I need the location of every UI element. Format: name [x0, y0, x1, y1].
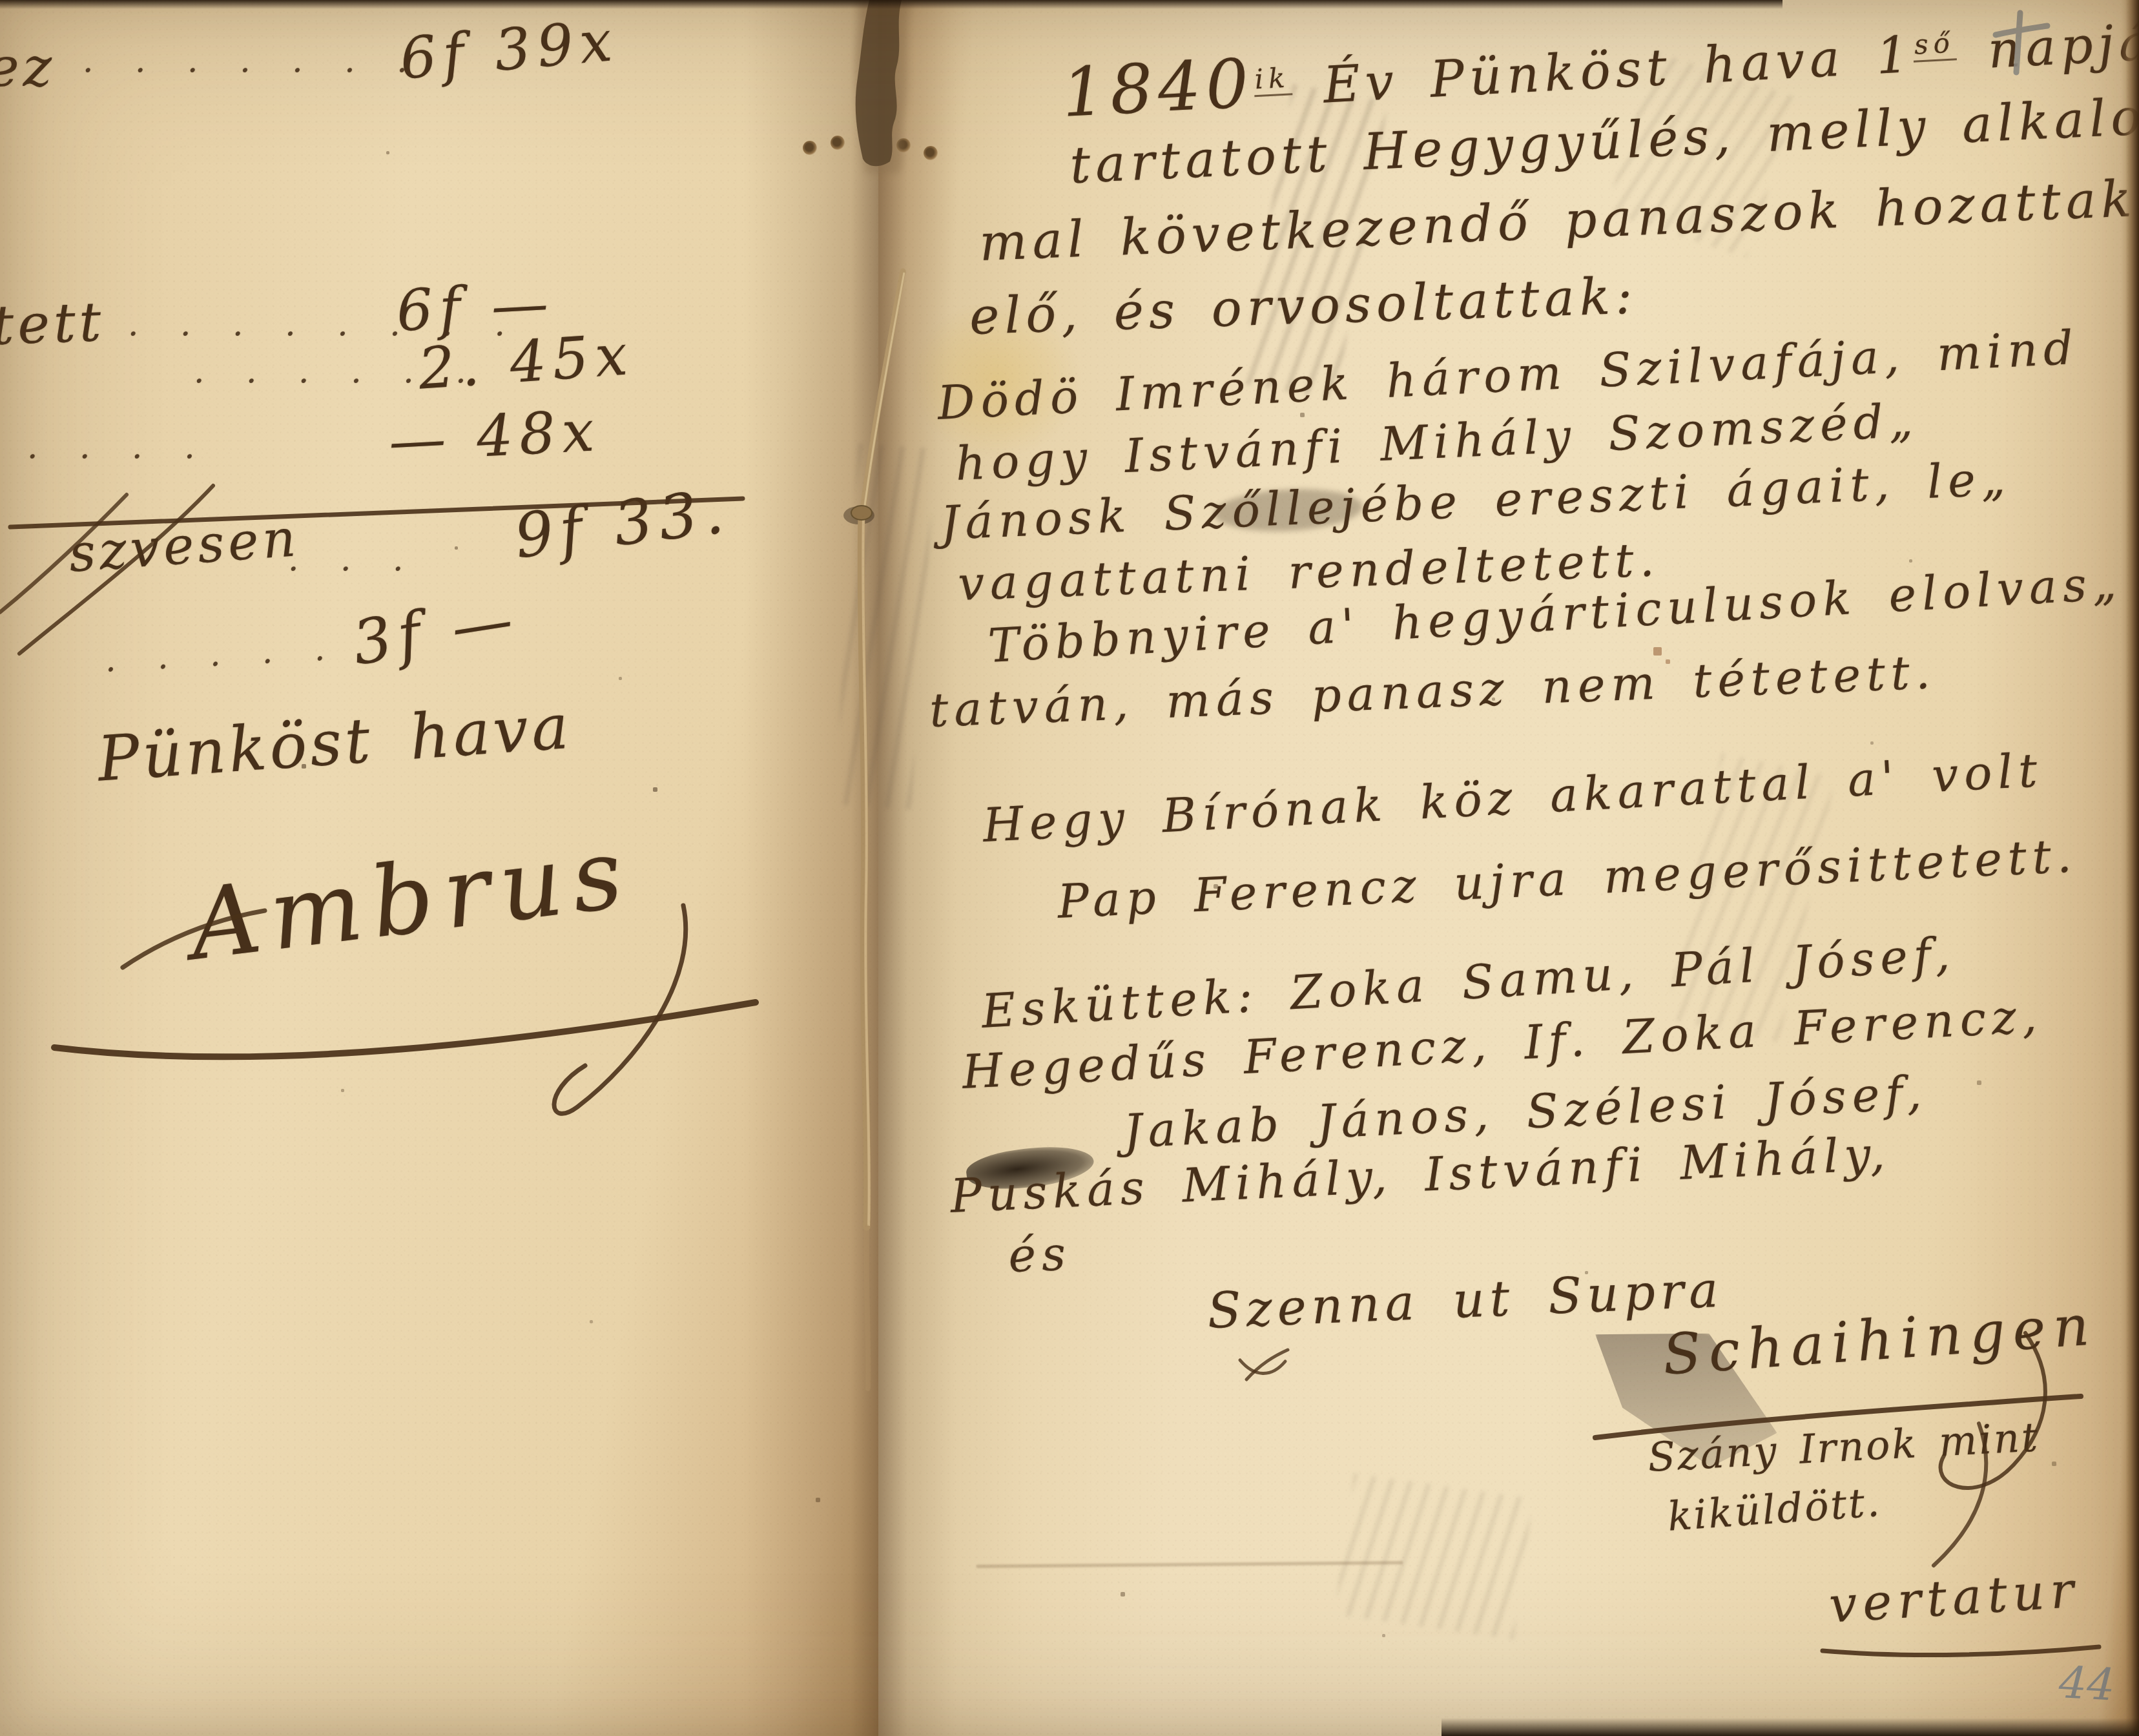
worm-hole [896, 138, 911, 152]
attendees-line-5: és [1008, 1230, 1072, 1279]
ledger-amount: 6f 39x [398, 12, 621, 88]
ledger-amount: 9f 33. [512, 481, 733, 568]
binding-thread-highlight [863, 515, 869, 1226]
ledger-label: szvesen [67, 512, 301, 580]
scan-edge-top [0, 0, 1782, 9]
bleedthrough-mark [1334, 1474, 1533, 1640]
ledger-label: tett [0, 294, 106, 353]
ledger-amount: — 48x [387, 402, 602, 470]
month-note: Pünköst hava [96, 696, 573, 790]
binding-hole-shadow [843, 506, 874, 524]
signature-ambrus: Ambrus [185, 824, 637, 975]
signature-schaihingen: Schaihingen [1661, 1297, 2098, 1383]
closing-x-flourish [1246, 1350, 1288, 1379]
turn-note-underline [1823, 1647, 2099, 1655]
year-ordinal-suffix: ik [1252, 61, 1292, 97]
paper-crease [976, 1561, 1403, 1568]
manuscript-spread: ez · · · · · · · 6f 39x tett · · · · · ·… [0, 0, 2139, 1736]
heading-line-4: elő, és orvosoltattak: [969, 271, 1638, 342]
ledger-dots: · · · [288, 553, 419, 586]
paragraph-judge-line-1: Hegy Bírónak köz akarattal a' volt [982, 747, 2044, 849]
closing-line: Szenna ut Supra [1206, 1265, 1724, 1336]
year-value: 1840 [1060, 43, 1256, 132]
ledger-amount: 3f — [349, 589, 523, 675]
ledger-amount: 2. 45x [417, 326, 635, 398]
ledger-label: ez [0, 40, 56, 94]
binding-knot [851, 506, 872, 520]
worm-hole [803, 141, 817, 155]
page-number: 44 [2058, 1661, 2116, 1708]
worm-hole [831, 136, 845, 150]
ambrus-underline-flourish [54, 1002, 756, 1057]
ink-specks [0, 0, 1, 1]
ledger-dots: · · · · · [105, 641, 342, 687]
turn-note: vertatur [1828, 1565, 2081, 1630]
bleedthrough-mark [834, 443, 936, 809]
page-edge-right [2121, 0, 2139, 1736]
clerk-note-line-2: kiküldött. [1666, 1482, 1883, 1537]
gutter-stain [856, 0, 902, 166]
binding-thread-highlight [864, 273, 904, 510]
ambrus-descender-flourish [554, 905, 686, 1113]
heading-text: napján [1955, 11, 2139, 81]
ledger-dots: · · · · · · · [83, 54, 423, 88]
day-value: 1 [1875, 26, 1915, 86]
scan-edge-bottom [1441, 1718, 2139, 1736]
closing-x-flourish [1240, 1360, 1285, 1374]
heading-text: Év Pünköst hava [1290, 28, 1878, 116]
binding-thread [861, 514, 867, 1227]
binding-thread [867, 1227, 869, 1389]
day-ordinal-suffix: ső [1912, 26, 1957, 62]
binding-thread [863, 271, 903, 509]
ledger-dots: · · · · [27, 440, 211, 474]
worm-hole [924, 146, 938, 160]
paragraph-judge-line-2: Pap Ferencz ujra megerősittetett. [1057, 832, 2078, 925]
